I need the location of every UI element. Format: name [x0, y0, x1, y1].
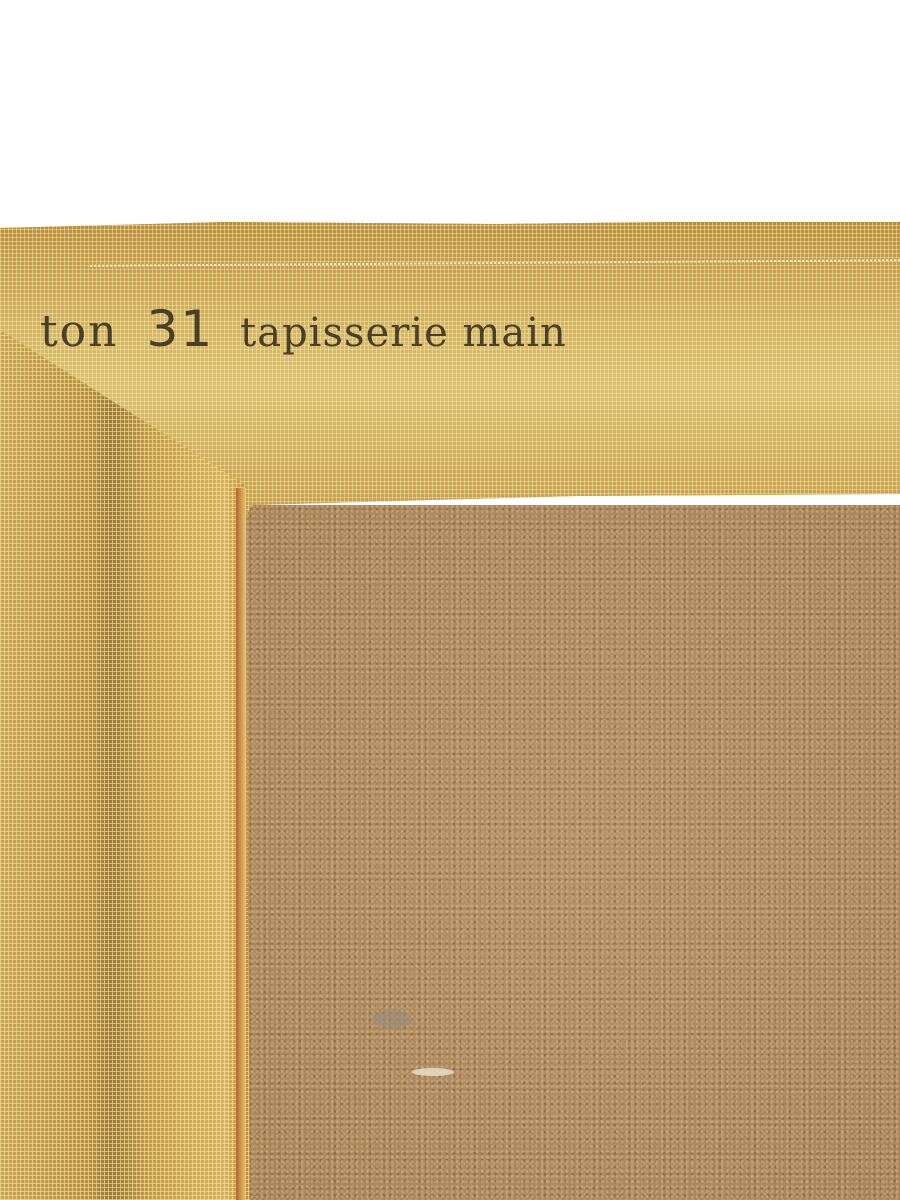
handwritten-inscription: ton31tapisserie main [40, 300, 567, 358]
photo-scene: ton31tapisserie main [0, 0, 900, 1200]
felt-backing [246, 505, 900, 1200]
lint-speck [372, 1010, 410, 1028]
inscription-words: tapisserie main [240, 310, 567, 356]
inscription-prefix: ton [40, 306, 119, 357]
inscription-number: 31 [147, 300, 215, 358]
loose-thread [412, 1068, 454, 1076]
gauze-flap-edge [236, 488, 246, 1200]
